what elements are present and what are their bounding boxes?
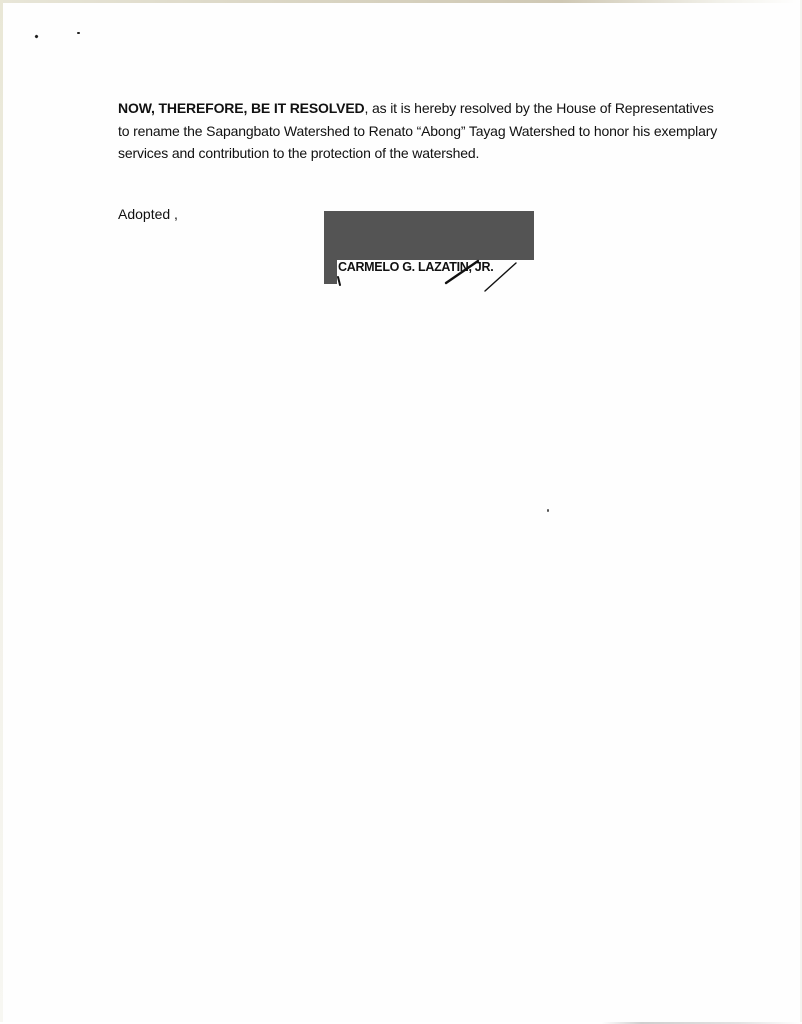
resolution-paragraph: NOW, THEREFORE, BE IT RESOLVED, as it is… [118, 97, 728, 165]
document-page: NOW, THEREFORE, BE IT RESOLVED, as it is… [0, 0, 802, 1024]
signature-pen-strokes [320, 255, 520, 300]
redacted-signature-box [324, 211, 534, 260]
adopted-label: Adopted , [118, 205, 178, 223]
scan-speck [77, 32, 80, 34]
scan-edge-top [0, 0, 802, 3]
scan-speck [547, 509, 549, 512]
scan-edge-left [0, 0, 3, 1024]
scan-speck [34, 34, 38, 38]
resolution-lead: NOW, THEREFORE, BE IT RESOLVED [118, 100, 364, 116]
